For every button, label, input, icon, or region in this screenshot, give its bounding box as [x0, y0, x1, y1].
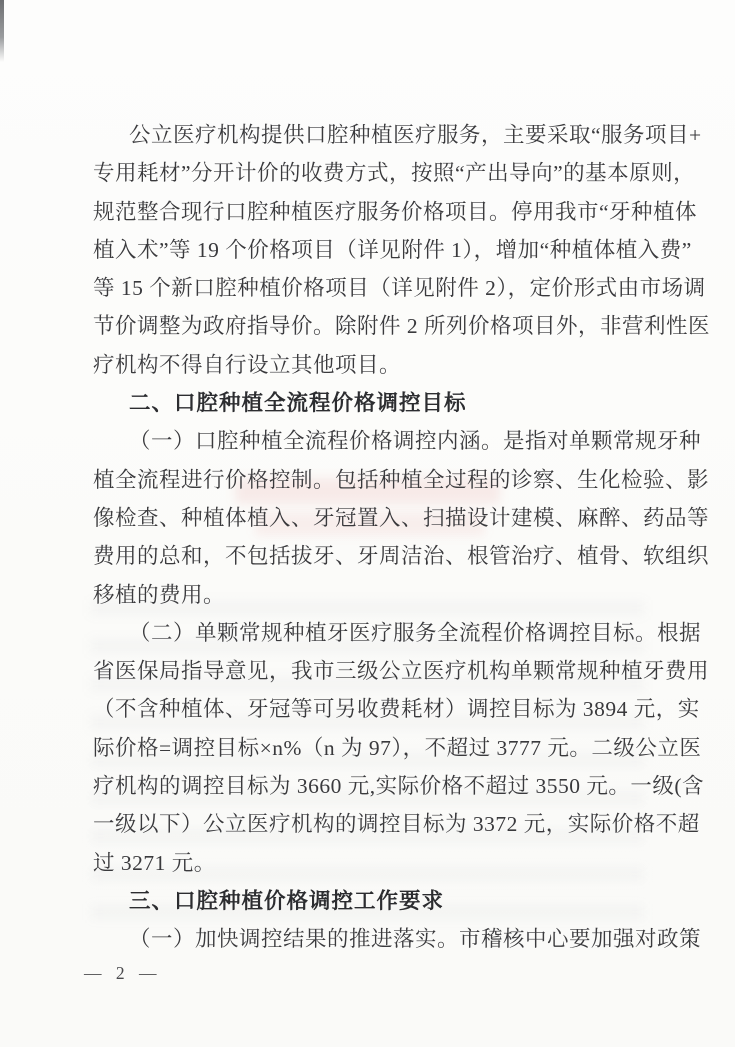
body-text-line: 像检查、种植体植入、牙冠置入、扫描设计建模、麻醉、药品等 [93, 499, 643, 537]
body-text-line: 一级以下）公立医疗机构的调控目标为 3372 元，实际价格不超 [93, 805, 643, 843]
body-text-line: 疗机构不得自行设立其他项目。 [93, 346, 643, 384]
body-text-line: 移植的费用。 [93, 576, 643, 614]
body-text-line: （一）加快调控结果的推进落实。市稽核中心要加强对政策 [93, 920, 643, 958]
scanned-document-page: 公立医疗机构提供口腔种植医疗服务，主要采取“服务项目+ 专用耗材”分开计价的收费… [0, 0, 735, 1047]
body-text-line: 省医保局指导意见，我市三级公立医疗机构单颗常规种植牙费用 [93, 652, 643, 690]
section-heading-price-control-targets: 二、口腔种植全流程价格调控目标 [93, 384, 643, 422]
body-text-line: （不含种植体、牙冠等可另收费耗材）调控目标为 3894 元，实 [93, 690, 643, 728]
body-text-line: 过 3271 元。 [93, 844, 643, 882]
section-heading-work-requirements: 三、口腔种植价格调控工作要求 [93, 882, 643, 920]
body-text-line: （一）口腔种植全流程价格调控内涵。是指对单颗常规牙种 [93, 422, 643, 460]
body-text-line: 公立医疗机构提供口腔种植医疗服务，主要采取“服务项目+ [93, 116, 643, 154]
body-text-line: 专用耗材”分开计价的收费方式，按照“产出导向”的基本原则， [93, 154, 643, 192]
body-text-line: 费用的总和，不包括拔牙、牙周洁治、根管治疗、植骨、软组织 [93, 537, 643, 575]
body-text-line: 植入术”等 19 个价格项目（详见附件 1），增加“种植体植入费” [93, 231, 643, 269]
document-body: 公立医疗机构提供口腔种植医疗服务，主要采取“服务项目+ 专用耗材”分开计价的收费… [93, 116, 643, 959]
scan-edge-artifact [0, 0, 4, 62]
body-text-line: 节价调整为政府指导价。除附件 2 所列价格项目外，非营利性医 [93, 307, 643, 345]
body-text-line: 植全流程进行价格控制。包括种植全过程的诊察、生化检验、影 [93, 461, 643, 499]
page-number: — 2 — [84, 963, 162, 984]
body-text-line: 等 15 个新口腔种植价格项目（详见附件 2），定价形式由市场调 [93, 269, 643, 307]
body-text-line: （二）单颗常规种植牙医疗服务全流程价格调控目标。根据 [93, 614, 643, 652]
body-text-line: 规范整合现行口腔种植医疗服务价格项目。停用我市“牙种植体 [93, 193, 643, 231]
body-text-line: 际价格=调控目标×n%（n 为 97），不超过 3777 元。二级公立医 [93, 729, 643, 767]
body-text-line: 疗机构的调控目标为 3660 元,实际价格不超过 3550 元。一级(含 [93, 767, 643, 805]
